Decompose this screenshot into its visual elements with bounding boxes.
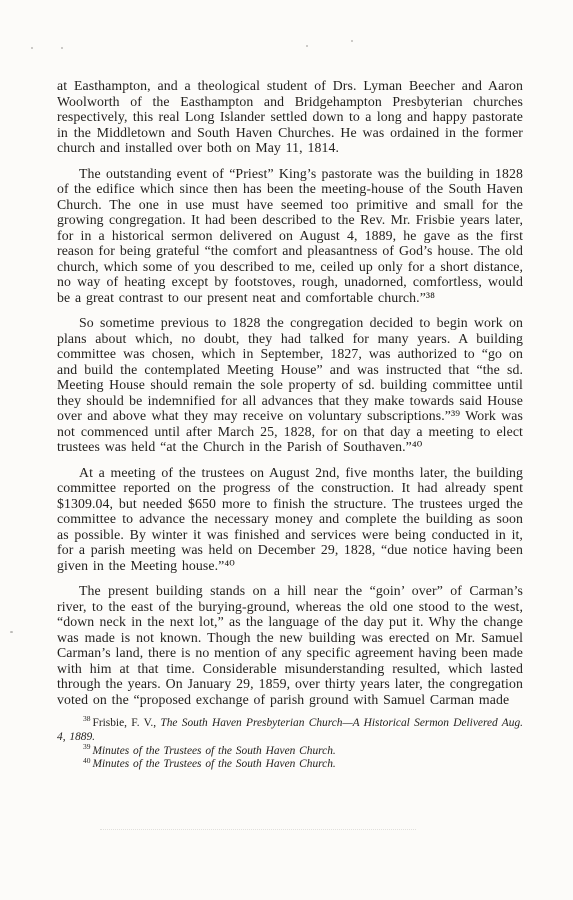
footnote-marker: 39: [83, 742, 91, 751]
footnote-author: Frisbie, F. V.,: [93, 717, 161, 729]
scan-speck: [10, 631, 13, 633]
paragraph-1: at Easthampton, and a theological studen…: [57, 78, 523, 156]
scan-speck: [351, 40, 353, 42]
footnote-title: Minutes of the Trustees of the South Hav…: [93, 745, 336, 757]
book-page: at Easthampton, and a theological studen…: [0, 0, 573, 900]
footnote-40: 40Minutes of the Trustees of the South H…: [57, 758, 523, 772]
footnote-marker: 40: [83, 756, 91, 765]
paragraph-5: The present building stands on a hill ne…: [57, 583, 523, 707]
scan-speck: [306, 45, 308, 47]
page-body: at Easthampton, and a theological studen…: [57, 78, 523, 772]
footnote-marker: 38: [83, 714, 91, 723]
footnote-38: 38Frisbie, F. V., The South Haven Presby…: [57, 717, 523, 745]
footnotes-section: 38Frisbie, F. V., The South Haven Presby…: [57, 717, 523, 772]
scan-artifact: [100, 829, 416, 830]
paragraph-4: At a meeting of the trustees on August 2…: [57, 465, 523, 574]
scan-speck: [61, 47, 63, 49]
paragraph-3: So sometime previous to 1828 the congreg…: [57, 315, 523, 455]
footnote-39: 39Minutes of the Trustees of the South H…: [57, 745, 523, 759]
footnote-title: Minutes of the Trustees of the South Hav…: [93, 758, 336, 770]
paragraph-2: The outstanding event of “Priest” King’s…: [57, 166, 523, 306]
scan-speck: [31, 47, 33, 49]
